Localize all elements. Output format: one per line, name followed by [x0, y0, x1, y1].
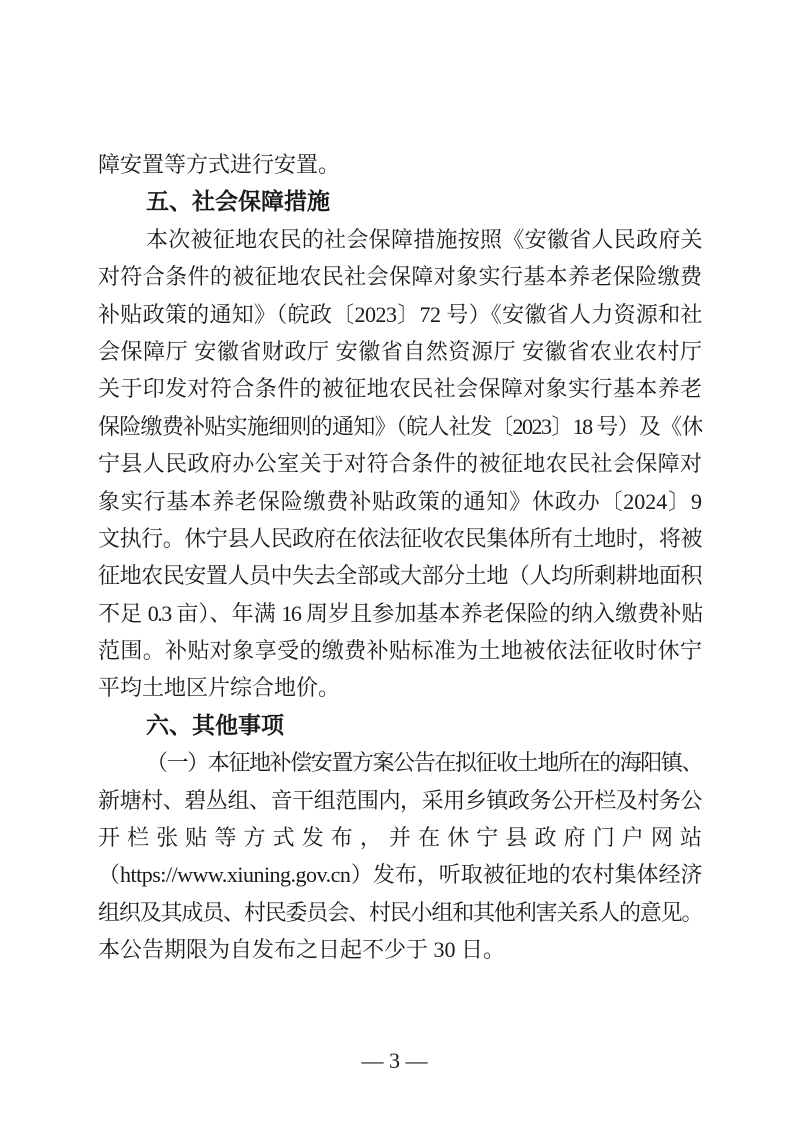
page-number: — 3 — — [362, 1048, 428, 1073]
text-line: 本公告期限为自发布之日起不少于 30 日。 — [98, 931, 702, 968]
text-line: （一）本征地补偿安置方案公告在拟征收土地所在的海阳镇、 — [98, 744, 702, 781]
text-line: 象实行基本养老保险缴费补贴政策的通知》休政办〔2024〕9 号 — [98, 483, 702, 520]
text-line: 开栏张贴等方式发布，并在休宁县政府门户网站 — [98, 819, 702, 856]
document-body: 障安置等方式进行安置。 五、社会保障措施 本次被征地农民的社会保障措施按照《安徽… — [98, 146, 702, 969]
page-footer: — 3 — — [0, 1048, 789, 1074]
section-5-heading: 五、社会保障措施 — [98, 183, 702, 220]
text-line: 保险缴费补贴实施细则的通知》（皖人社发〔2023〕18 号）及《休 — [98, 408, 702, 445]
text-line: 平均土地区片综合地价。 — [98, 669, 702, 706]
text-line: 不足 0.3 亩）、年满 16 周岁且参加基本养老保险的纳入缴费补贴 — [98, 595, 702, 632]
text-line: 文执行。休宁县人民政府在依法征收农民集体所有土地时，将被 — [98, 520, 702, 557]
text-line: 障安置等方式进行安置。 — [98, 146, 702, 183]
text-line: 新塘村、碧丛组、音干组范围内，采用乡镇政务公开栏及村务公 — [98, 782, 702, 819]
document-page: 障安置等方式进行安置。 五、社会保障措施 本次被征地农民的社会保障措施按照《安徽… — [0, 0, 789, 1122]
text-line: 补贴政策的通知》（皖政〔2023〕72 号）《安徽省人力资源和社 — [98, 296, 702, 333]
text-line: 宁县人民政府办公室关于对符合条件的被征地农民社会保障对 — [98, 445, 702, 482]
text-line: 关于印发对符合条件的被征地农民社会保障对象实行基本养老 — [98, 370, 702, 407]
section-6-heading: 六、其他事项 — [98, 707, 702, 744]
text-line: 本次被征地农民的社会保障措施按照《安徽省人民政府关于 — [98, 221, 702, 258]
text-line: 组织及其成员、村民委员会、村民小组和其他利害关系人的意见。 — [98, 894, 702, 931]
text-line: 征地农民安置人员中失去全部或大部分土地（人均所剩耕地面积 — [98, 557, 702, 594]
text-line: 对符合条件的被征地农民社会保障对象实行基本养老保险缴费 — [98, 258, 702, 295]
text-line: 范围。补贴对象享受的缴费补贴标准为土地被依法征收时休宁县 — [98, 632, 702, 669]
text-line: （https://www.xiuning.gov.cn）发布，听取被征地的农村集… — [98, 856, 702, 893]
text-line: 会保障厅 安徽省财政厅 安徽省自然资源厅 安徽省农业农村厅 — [98, 333, 702, 370]
